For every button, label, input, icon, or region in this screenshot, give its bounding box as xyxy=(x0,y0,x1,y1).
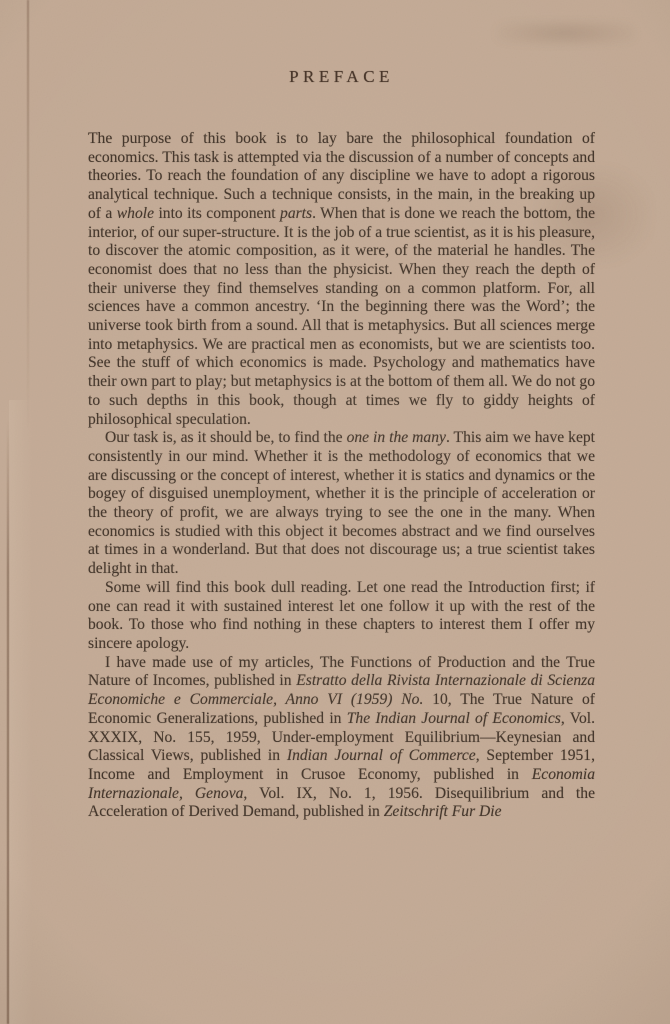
book-page-photo: PREFACE The purpose of this book is to l… xyxy=(0,0,670,1024)
preface-body: The purpose of this book is to lay bare … xyxy=(88,130,595,822)
text-run: . This aim we have kept consistently in … xyxy=(88,429,595,577)
italic-text-run: one in the many xyxy=(347,429,446,446)
paragraph: The purpose of this book is to lay bare … xyxy=(88,130,595,429)
italic-text-run: Indian Journal of Commerce xyxy=(287,747,476,764)
text-run: Our task is, as it should be, to find th… xyxy=(105,429,347,446)
page-title: PREFACE xyxy=(88,0,595,87)
paragraph: Some will find this book dull reading. L… xyxy=(88,579,595,654)
italic-text-run: whole xyxy=(117,205,154,222)
italic-text-run: The Indian Journal of Economics xyxy=(347,710,561,727)
page-crease-top xyxy=(27,0,29,430)
page-fold-highlight xyxy=(9,400,33,1024)
italic-text-run: Zeitschrift Fur Die xyxy=(384,803,502,820)
italic-text-run: parts xyxy=(280,205,312,222)
text-run: . When that is done we reach the bottom,… xyxy=(88,205,595,428)
paragraph: Our task is, as it should be, to find th… xyxy=(88,429,595,579)
text-run: Some will find this book dull reading. L… xyxy=(88,579,595,652)
paragraph: I have made use of my articles, The Func… xyxy=(88,654,595,822)
page-content: PREFACE The purpose of this book is to l… xyxy=(88,0,595,822)
text-run: into its component xyxy=(154,205,280,222)
